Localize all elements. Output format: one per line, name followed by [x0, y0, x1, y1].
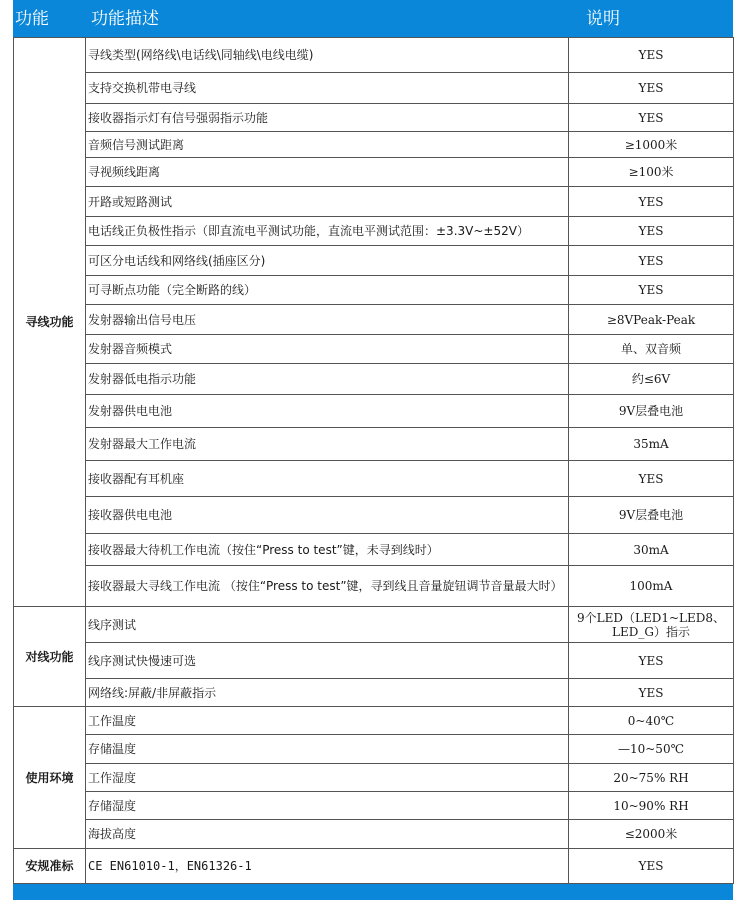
feature-description: 发射器音频模式 [86, 335, 569, 364]
table-row: 可区分电话线和网络线(插座区分)YES [14, 246, 734, 276]
table-row: 寻线功能寻线类型(网络线\电话线\同轴线\电线电缆)YES [14, 38, 734, 73]
spec-table-body: 寻线功能寻线类型(网络线\电话线\同轴线\电线电缆)YES支持交换机带电寻线YE… [14, 38, 734, 884]
feature-value: 35mA [569, 428, 734, 461]
table-row: 海拔高度≤2000米 [14, 820, 734, 849]
feature-value: 10~90% RH [569, 792, 734, 820]
table-row: 寻视频线距离≥100米 [14, 158, 734, 187]
feature-value: 30mA [569, 534, 734, 566]
feature-description: 接收器配有耳机座 [86, 461, 569, 497]
table-row: 接收器供电电池9V层叠电池 [14, 497, 734, 534]
table-row: 发射器低电指示功能约≤6V [14, 364, 734, 395]
feature-value: YES [569, 246, 734, 276]
table-row: 可寻断点功能（完全断路的线）YES [14, 276, 734, 305]
feature-description: 接收器指示灯有信号强弱指示功能 [86, 104, 569, 132]
feature-value: YES [569, 217, 734, 246]
header-description: 功能描述 [91, 9, 159, 29]
table-row: 电话线正负极性指示（即直流电平测试功能，直流电平测试范围：±3.3V~±52V）… [14, 217, 734, 246]
footer-bar [13, 884, 733, 900]
feature-value: YES [569, 276, 734, 305]
feature-description: 发射器输出信号电压 [86, 305, 569, 335]
feature-description: 开路或短路测试 [86, 187, 569, 217]
feature-description: 存储湿度 [86, 792, 569, 820]
feature-description: 电话线正负极性指示（即直流电平测试功能，直流电平测试范围：±3.3V~±52V） [86, 217, 569, 246]
feature-value: YES [569, 643, 734, 679]
table-row: 接收器最大寻线工作电流 （按住“Press to test”键，寻到线且音量旋钮… [14, 566, 734, 607]
feature-value: 0~40℃ [569, 707, 734, 735]
table-row: 发射器音频模式单、双音频 [14, 335, 734, 364]
group-label: 安规准标 [14, 849, 86, 884]
table-row: 发射器最大工作电流35mA [14, 428, 734, 461]
feature-description: 接收器供电电池 [86, 497, 569, 534]
feature-description: 可区分电话线和网络线(插座区分) [86, 246, 569, 276]
feature-value: 9个LED（LED1~LED8、LED_G）指示 [569, 607, 734, 643]
feature-description: 寻视频线距离 [86, 158, 569, 187]
feature-value: YES [569, 187, 734, 217]
table-row: 使用环境工作温度0~40℃ [14, 707, 734, 735]
feature-value: ≤2000米 [569, 820, 734, 849]
feature-value: YES [569, 849, 734, 884]
feature-description: 接收器最大寻线工作电流 （按住“Press to test”键，寻到线且音量旋钮… [86, 566, 569, 607]
feature-description: 工作温度 [86, 707, 569, 735]
feature-value: 9V层叠电池 [569, 395, 734, 428]
table-row: 存储湿度10~90% RH [14, 792, 734, 820]
spec-table: 寻线功能寻线类型(网络线\电话线\同轴线\电线电缆)YES支持交换机带电寻线YE… [13, 37, 734, 884]
group-label: 使用环境 [14, 707, 86, 849]
table-row: 对线功能线序测试9个LED（LED1~LED8、LED_G）指示 [14, 607, 734, 643]
table-row: 网络线:屏蔽/非屏蔽指示YES [14, 679, 734, 707]
spec-sheet: 功能 功能描述 说明 寻线功能寻线类型(网络线\电话线\同轴线\电线电缆)YES… [13, 0, 733, 884]
header-function: 功能 [15, 9, 49, 29]
feature-description: 线序测试 [86, 607, 569, 643]
feature-value: ≥100米 [569, 158, 734, 187]
feature-description: 线序测试快慢速可选 [86, 643, 569, 679]
group-label: 对线功能 [14, 607, 86, 707]
feature-description: 可寻断点功能（完全断路的线） [86, 276, 569, 305]
table-row: 安规准标CE EN61010-1，EN61326-1YES [14, 849, 734, 884]
feature-description: 寻线类型(网络线\电话线\同轴线\电线电缆) [86, 38, 569, 73]
feature-description: 发射器供电电池 [86, 395, 569, 428]
table-row: 存储温度—10~50℃ [14, 735, 734, 764]
feature-description: 支持交换机带电寻线 [86, 73, 569, 104]
table-row: 开路或短路测试YES [14, 187, 734, 217]
feature-description: 发射器最大工作电流 [86, 428, 569, 461]
table-row: 线序测试快慢速可选YES [14, 643, 734, 679]
feature-value: 100mA [569, 566, 734, 607]
feature-value: YES [569, 38, 734, 73]
feature-description: CE EN61010-1，EN61326-1 [86, 849, 569, 884]
feature-description: 工作湿度 [86, 764, 569, 792]
feature-description: 发射器低电指示功能 [86, 364, 569, 395]
feature-value: ≥1000米 [569, 132, 734, 158]
feature-description: 音频信号测试距离 [86, 132, 569, 158]
table-row: 接收器最大待机工作电流（按住“Press to test”键，未寻到线时）30m… [14, 534, 734, 566]
feature-value: 约≤6V [569, 364, 734, 395]
table-row: 接收器指示灯有信号强弱指示功能YES [14, 104, 734, 132]
group-label: 寻线功能 [14, 38, 86, 607]
table-row: 支持交换机带电寻线YES [14, 73, 734, 104]
table-header: 功能 功能描述 说明 [13, 0, 733, 37]
feature-value: YES [569, 679, 734, 707]
feature-description: 接收器最大待机工作电流（按住“Press to test”键，未寻到线时） [86, 534, 569, 566]
feature-description: 存储温度 [86, 735, 569, 764]
feature-description: 网络线:屏蔽/非屏蔽指示 [86, 679, 569, 707]
feature-value: 单、双音频 [569, 335, 734, 364]
header-notes: 说明 [568, 9, 638, 29]
table-row: 接收器配有耳机座YES [14, 461, 734, 497]
table-row: 发射器输出信号电压≥8VPeak-Peak [14, 305, 734, 335]
table-row: 工作湿度20~75% RH [14, 764, 734, 792]
feature-value: —10~50℃ [569, 735, 734, 764]
table-row: 发射器供电电池9V层叠电池 [14, 395, 734, 428]
feature-value: ≥8VPeak-Peak [569, 305, 734, 335]
feature-value: YES [569, 73, 734, 104]
feature-value: 20~75% RH [569, 764, 734, 792]
table-row: 音频信号测试距离≥1000米 [14, 132, 734, 158]
feature-description: 海拔高度 [86, 820, 569, 849]
feature-value: YES [569, 104, 734, 132]
feature-value: 9V层叠电池 [569, 497, 734, 534]
feature-value: YES [569, 461, 734, 497]
